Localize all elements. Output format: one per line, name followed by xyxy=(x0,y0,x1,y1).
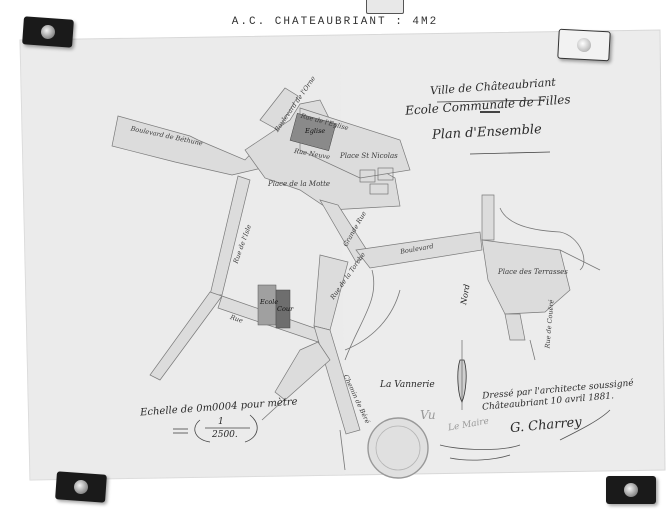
label-ecole: Ecole xyxy=(260,298,278,306)
label-vannerie: La Vannerie xyxy=(380,380,435,390)
label-eglise: Eglise xyxy=(305,127,325,135)
pin-top-left xyxy=(22,16,74,47)
vu-note: Vu xyxy=(420,408,436,422)
label-cour: Cour xyxy=(277,305,293,313)
pin-dot-icon xyxy=(74,480,89,495)
pin-dot-icon xyxy=(624,483,638,497)
map-drawing xyxy=(0,0,670,512)
pin-bottom-left xyxy=(55,471,107,502)
label-place-st-nicolas: Place St Nicolas xyxy=(340,152,398,160)
map-sheet: A.C. CHATEAUBRIANT : 4M2 Ville de Châtea… xyxy=(0,0,670,512)
scale-numerator: 1 xyxy=(218,417,224,427)
pin-bottom-right xyxy=(606,476,656,504)
top-clip xyxy=(366,0,404,14)
label-place-terrasses: Place des Terrasses xyxy=(498,268,568,276)
label-place-motte: Place de la Motte xyxy=(268,180,330,188)
pin-dot-icon xyxy=(41,25,56,40)
pin-dot-icon xyxy=(577,38,592,53)
archive-header: A.C. CHATEAUBRIANT : 4M2 xyxy=(0,16,670,28)
pin-top-right xyxy=(557,29,610,62)
scale-denominator: 2500. xyxy=(212,430,238,440)
